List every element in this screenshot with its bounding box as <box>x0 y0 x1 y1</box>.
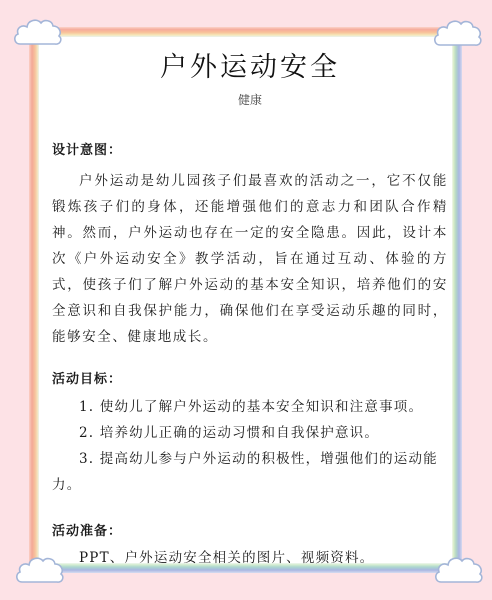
list-item: 2. 培养幼儿正确的运动习惯和自我保护意识。 <box>52 420 448 446</box>
document-subtitle: 健康 <box>52 92 448 108</box>
section-preparation: 活动准备： PPT、户外运动安全相关的图片、视频资料。 <box>52 523 448 571</box>
document-title: 户外运动安全 <box>52 50 448 86</box>
section-paragraph: PPT、户外运动安全相关的图片、视频资料。 <box>52 545 448 571</box>
section-design-intent: 设计意图： 户外运动是幼儿园孩子们最喜欢的活动之一，它不仅能锻炼孩子们的身体，还… <box>52 142 448 350</box>
cloud-icon <box>432 15 482 49</box>
rainbow-stripe-right <box>452 27 462 573</box>
list-item: 1. 使幼儿了解户外运动的基本安全知识和注意事项。 <box>52 394 448 420</box>
document-content: 户外运动安全 健康 设计意图： 户外运动是幼儿园孩子们最喜欢的活动之一，它不仅能… <box>52 50 448 108</box>
rainbow-stripe-top <box>29 27 462 37</box>
rainbow-stripe-left <box>29 27 39 573</box>
cloud-icon <box>12 14 62 48</box>
section-paragraph: 户外运动是幼儿园孩子们最喜欢的活动之一，它不仅能锻炼孩子们的身体，还能增强他们的… <box>52 168 448 350</box>
section-heading: 设计意图： <box>52 142 448 160</box>
list-item: 3. 提高幼儿参与户外运动的积极性，增强他们的运动能力。 <box>52 446 448 498</box>
section-heading: 活动目标： <box>52 371 448 389</box>
section-objectives: 活动目标： 1. 使幼儿了解户外运动的基本安全知识和注意事项。 2. 培养幼儿正… <box>52 371 448 498</box>
objectives-list: 1. 使幼儿了解户外运动的基本安全知识和注意事项。 2. 培养幼儿正确的运动习惯… <box>52 394 448 498</box>
section-heading: 活动准备： <box>52 523 448 541</box>
